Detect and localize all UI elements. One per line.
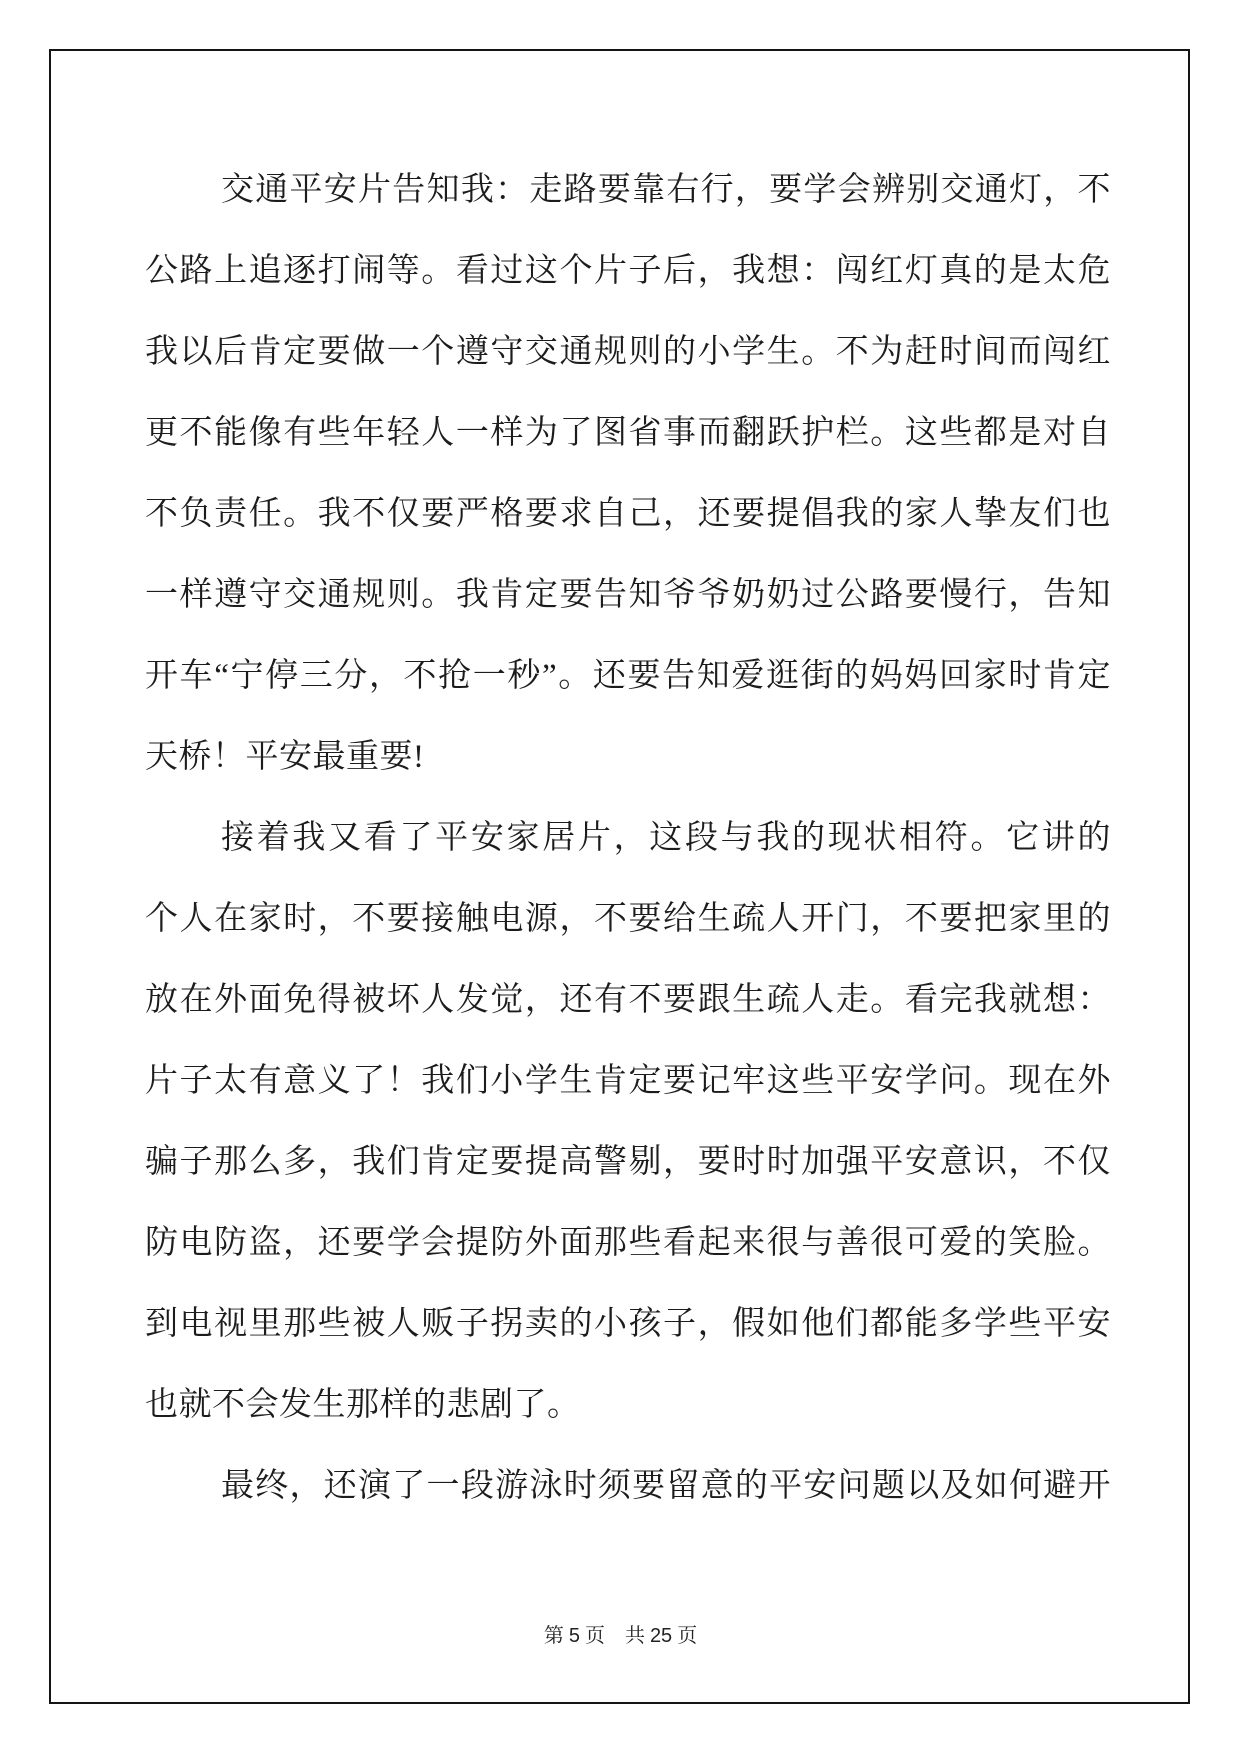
footer-total-number: 25 — [645, 1625, 677, 1647]
body-line: 更不能像有些年轻人一样为了图省事而翻跃护栏。这些都是对自己的 — [145, 393, 1111, 474]
paragraph-swimming-safety: 最终，还演了一段游泳时须要留意的平安问题以及如何避开溺水 — [145, 1446, 1111, 1527]
document-body: 交通平安片告知我：走路要靠右行，要学会辨别交通灯，不要在 公路上追逐打闹等。看过… — [145, 150, 1111, 1527]
footer-total-unit: 页 — [677, 1625, 697, 1647]
body-line: 骗子那么多，我们肯定要提高警剔，要时时加强平安意识，不仅防火 — [145, 1122, 1111, 1203]
paragraph-home-safety: 接着我又看了平安家居片，这段与我的现状相符。它讲的是，一 个人在家时，不要接触电… — [145, 798, 1111, 1446]
body-line: 公路上追逐打闹等。看过这个片子后，我想：闯红灯真的是太危急了！ — [145, 231, 1111, 312]
body-line: 开车“宁停三分，不抢一秒”。还要告知爱逛街的妈妈回家时肯定要走 — [145, 636, 1111, 717]
body-line: 个人在家时，不要接触电源，不要给生疏人开门，不要把家里的钥匙 — [145, 879, 1111, 960]
footer-page-unit: 页 — [585, 1625, 605, 1647]
page-footer: 第5页共25页 — [0, 1624, 1241, 1648]
body-line: 我以后肯定要做一个遵守交通规则的小学生。不为赶时间而闯红灯。 — [145, 312, 1111, 393]
body-line: 片子太有意义了！我们小学生肯定要记牢这些平安学问。现在外面的 — [145, 1041, 1111, 1122]
body-line: 接着我又看了平安家居片，这段与我的现状相符。它讲的是，一 — [145, 798, 1111, 879]
body-line: 一样遵守交通规则。我肯定要告知爷爷奶奶过公路要慢行，告知爸爸 — [145, 555, 1111, 636]
body-line: 最终，还演了一段游泳时须要留意的平安问题以及如何避开溺水 — [145, 1446, 1111, 1527]
body-line: 不负责任。我不仅要严格要求自己，还要提倡我的家人挚友们也与我 — [145, 474, 1111, 555]
body-line: 到电视里那些被人贩子拐卖的小孩子，假如他们都能多学些平安学问 — [145, 1284, 1111, 1365]
paragraph-traffic-safety: 交通平安片告知我：走路要靠右行，要学会辨别交通灯，不要在 公路上追逐打闹等。看过… — [145, 150, 1111, 798]
body-line: 也就不会发生那样的悲剧了。 — [145, 1365, 1111, 1446]
footer-total-prefix: 共 — [625, 1625, 645, 1647]
body-line: 天桥！平安最重要! — [145, 717, 1111, 798]
footer-page-prefix: 第 — [544, 1625, 564, 1647]
body-line: 放在外面免得被坏人发觉，还有不要跟生疏人走。看完我就想：这部 — [145, 960, 1111, 1041]
body-line: 防电防盗，还要学会提防外面那些看起来很与善很可爱的笑脸。我想 — [145, 1203, 1111, 1284]
footer-page-number: 5 — [564, 1625, 585, 1647]
body-line: 交通平安片告知我：走路要靠右行，要学会辨别交通灯，不要在 — [145, 150, 1111, 231]
